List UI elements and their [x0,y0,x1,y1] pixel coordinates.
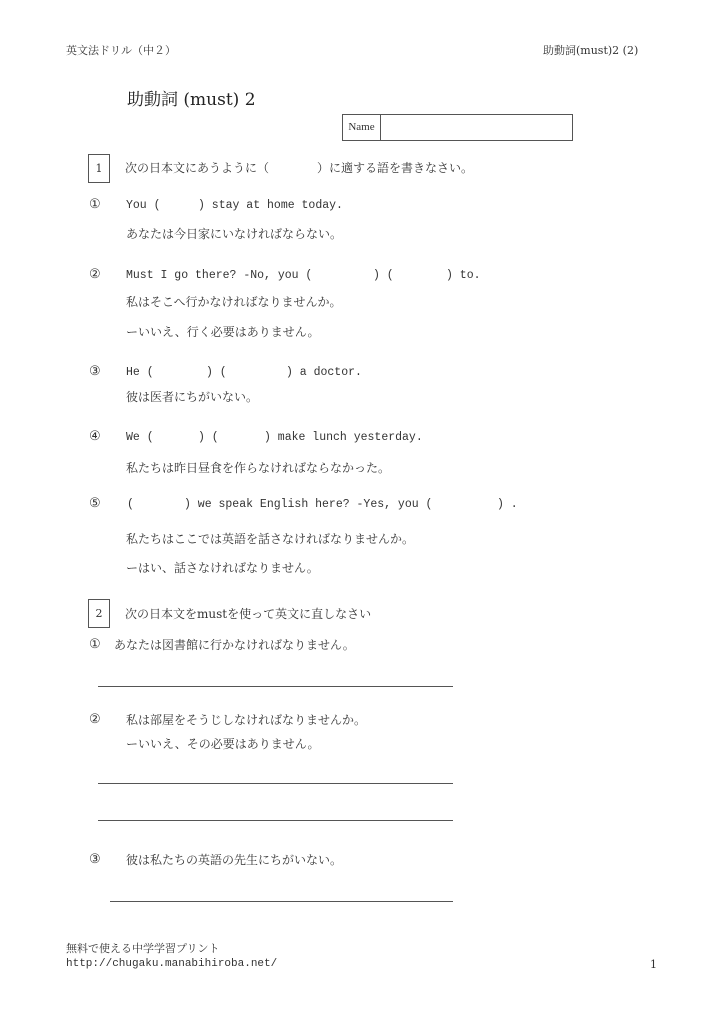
q2-japanese-line-2: ーいいえ、行く必要はありません。 [126,326,319,338]
footer-site-name: 無料で使える中学学習プリント [66,943,220,954]
q1-english-part-1: You ( [126,200,161,212]
section-1-instruction: 次の日本文にあうように（ ）に適する語を書きなさい。 [125,162,473,174]
section-2-number-box: 2 [88,599,110,628]
footer-url-link[interactable]: http://chugaku.manabihiroba.net/ [66,959,277,970]
s2-q3-marker: ③ [89,853,101,866]
q3-english-part-2: ) ( [206,367,227,379]
name-label: Name [343,115,381,140]
q5-marker: ⑤ [89,497,101,510]
page-title: 助動詞 (must) 2 [127,92,256,109]
q3-japanese: 彼は医者にちがいない。 [126,391,258,403]
s2-q2-japanese-line-2: ーいいえ、その必要はありません。 [126,738,319,750]
section-2-instruction: 次の日本文をmustを使って英文に直しなさい [125,608,371,620]
q1-english-part-2: ) stay at home today. [198,200,343,212]
q2-english-part-3: ) to. [446,270,481,282]
s2-q2-answer-line-1[interactable] [98,783,453,784]
s2-q1-marker: ① [89,638,101,651]
name-box: Name [342,114,573,141]
s2-q1-japanese: あなたは図書館に行かなければなりません。 [114,639,355,651]
section-1-number-box: 1 [88,154,110,183]
header-drill-title: 英文法ドリル（中２） [66,45,176,56]
q3-english-part-1: He ( [126,367,154,379]
q1-marker: ① [89,198,101,211]
s2-q3-answer-line[interactable] [110,901,453,902]
q5-english-part-1: ( [127,499,134,511]
q2-english-part-1: Must I go there? -No, you ( [126,270,312,282]
s2-q3-japanese: 彼は私たちの英語の先生にちがいない。 [126,854,342,866]
s2-q2-marker: ② [89,713,101,726]
q2-japanese-line-1: 私はそこへ行かなければなりませんか。 [126,296,342,308]
q4-english-part-3: ) make lunch yesterday. [264,432,423,444]
q5-english-part-2: ) we speak English here? -Yes, you ( [184,499,432,511]
s2-q1-answer-line[interactable] [98,686,453,687]
q3-english-part-3: ) a doctor. [286,367,362,379]
q3-marker: ③ [89,365,101,378]
q1-japanese: あなたは今日家にいなければならない。 [126,228,342,240]
name-field[interactable] [381,115,572,140]
q2-english-part-2: ) ( [373,270,394,282]
q4-marker: ④ [89,430,101,443]
q2-marker: ② [89,268,101,281]
q5-english-part-3: ) . [497,499,518,511]
q4-english-part-1: We ( [126,432,154,444]
q5-japanese-line-1: 私たちはここでは英語を話さなければなりませんか。 [126,533,414,545]
s2-q2-japanese-line-1: 私は部屋をそうじしなければなりませんか。 [126,714,366,726]
q5-japanese-line-2: ーはい、話さなければなりません。 [126,562,319,574]
s2-q2-answer-line-2[interactable] [98,820,453,821]
q4-japanese: 私たちは昨日昼食を作らなければならなかった。 [126,462,390,474]
page-number: 1 [650,959,657,970]
header-page-label: 助動詞(must)2 (2) [543,45,638,56]
q4-english-part-2: ) ( [198,432,219,444]
